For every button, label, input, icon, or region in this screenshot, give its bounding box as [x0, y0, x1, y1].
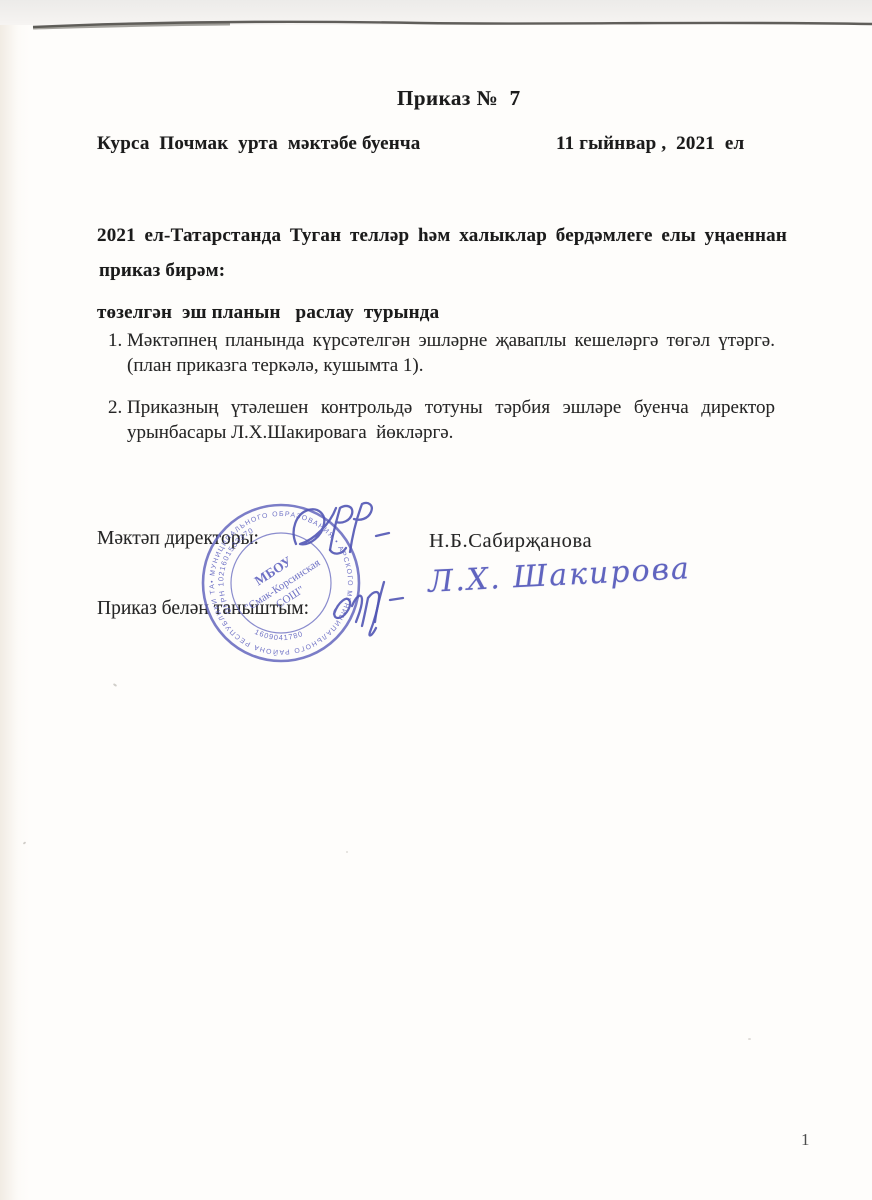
item-line: Приказның үтәлешен контрольдә тотуны тәр… — [127, 396, 775, 421]
scan-speck — [346, 851, 348, 853]
signature-stroke — [375, 582, 384, 622]
order-items: 1. Мәктәпнең планында күрсәтелгән эшләрн… — [108, 329, 775, 445]
acknowledged-ink-signature — [328, 578, 408, 640]
scan-speck — [113, 683, 117, 687]
order-title: Приказ № 7 — [397, 86, 521, 111]
item-line: урынбасары Л.Х.Шакировага йөкләргә. — [127, 421, 775, 446]
item-text: Мәктәпнең планында күрсәтелгән эшләрне җ… — [127, 329, 775, 378]
subject-line-1: 2021 ел-Татарстанда Туган телләр һәм хал… — [97, 223, 787, 249]
scan-left-shadow — [0, 25, 30, 1200]
item-line: (план приказга теркәлә, кушымта 1). — [127, 354, 775, 379]
order-item-2: 2. Приказның үтәлешен контрольдә тотуны … — [108, 396, 775, 445]
signature-stroke — [330, 548, 346, 554]
director-printed-name: Н.Б.Сабирҗанова — [429, 530, 592, 553]
order-item-1: 1. Мәктәпнең планында күрсәтелгән эшләрн… — [108, 329, 775, 378]
item-line: Мәктәпнең планында күрсәтелгән эшләрне җ… — [127, 329, 775, 354]
stamp-number-text: 1609041780 — [253, 627, 304, 642]
signature-stroke — [294, 508, 336, 544]
signature-stroke — [334, 599, 350, 618]
director-ink-signature — [286, 500, 392, 564]
scanned-order-page: Приказ № 7 Курса Почмак урта мәктәбе буе… — [0, 0, 872, 1200]
item-number: 2. — [108, 396, 127, 445]
item-text: Приказның үтәлешен контрольдә тотуны тәр… — [127, 396, 775, 445]
order-date: 11 гыйнвар , 2021 ел — [556, 131, 744, 157]
subject-line-2: төзелгән эш планын раслау турында — [97, 300, 787, 326]
signature-dash — [376, 533, 389, 536]
acknowledged-handwritten-name: Л.Х. Шакирова — [427, 551, 691, 600]
signature-stroke — [352, 596, 362, 622]
scan-edge-line — [0, 12, 872, 38]
signature-dash — [390, 598, 403, 600]
page-number: 1 — [801, 1130, 810, 1150]
item-number: 1. — [108, 329, 127, 378]
school-name-line: Курса Почмак урта мәктәбе буенча — [97, 131, 421, 157]
order-intro: приказ бирәм: — [99, 258, 225, 284]
scan-speck — [748, 1038, 751, 1040]
